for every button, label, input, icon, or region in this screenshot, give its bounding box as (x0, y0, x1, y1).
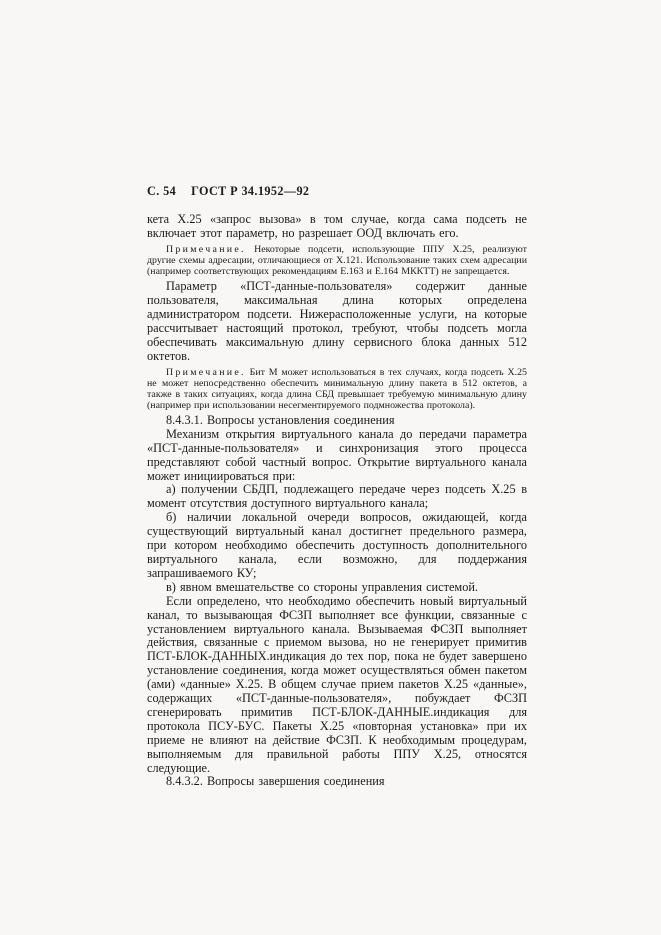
page-number: С. 54 (147, 184, 176, 198)
note-label: Примечание. (166, 244, 246, 255)
paragraph: Параметр «ПСТ-данные-пользователя» содер… (147, 280, 527, 363)
list-item-v: в) явном вмешательстве со стороны управл… (147, 581, 527, 595)
note-paragraph: Примечание. Некоторые подсети, использую… (147, 244, 527, 277)
running-header: С. 54ГОСТ Р 34.1952—92 (147, 184, 527, 199)
note-label: Примечание. (166, 367, 246, 378)
list-item-a: а) получении СБДП, подлежащего передаче … (147, 483, 527, 511)
list-item-b: б) наличии локальной очереди вопросов, о… (147, 511, 527, 581)
scanned-document-page: С. 54ГОСТ Р 34.1952—92 кета Х.25 «запрос… (0, 0, 661, 935)
paragraph: Механизм открытия виртуального канала до… (147, 428, 527, 484)
section-heading: 8.4.3.2. Вопросы завершения соединения (147, 775, 527, 789)
paragraph: Если определено, что необходимо обеспечи… (147, 595, 527, 776)
page-content: С. 54ГОСТ Р 34.1952—92 кета Х.25 «запрос… (147, 184, 527, 789)
body-text: кета Х.25 «запрос вызова» в том случае, … (147, 213, 527, 789)
section-heading: 8.4.3.1. Вопросы установления соединения (147, 414, 527, 428)
note-paragraph: Примечание. Бит М может использоваться в… (147, 367, 527, 411)
standard-number: ГОСТ Р 34.1952—92 (191, 184, 309, 198)
paragraph: кета Х.25 «запрос вызова» в том случае, … (147, 213, 527, 241)
